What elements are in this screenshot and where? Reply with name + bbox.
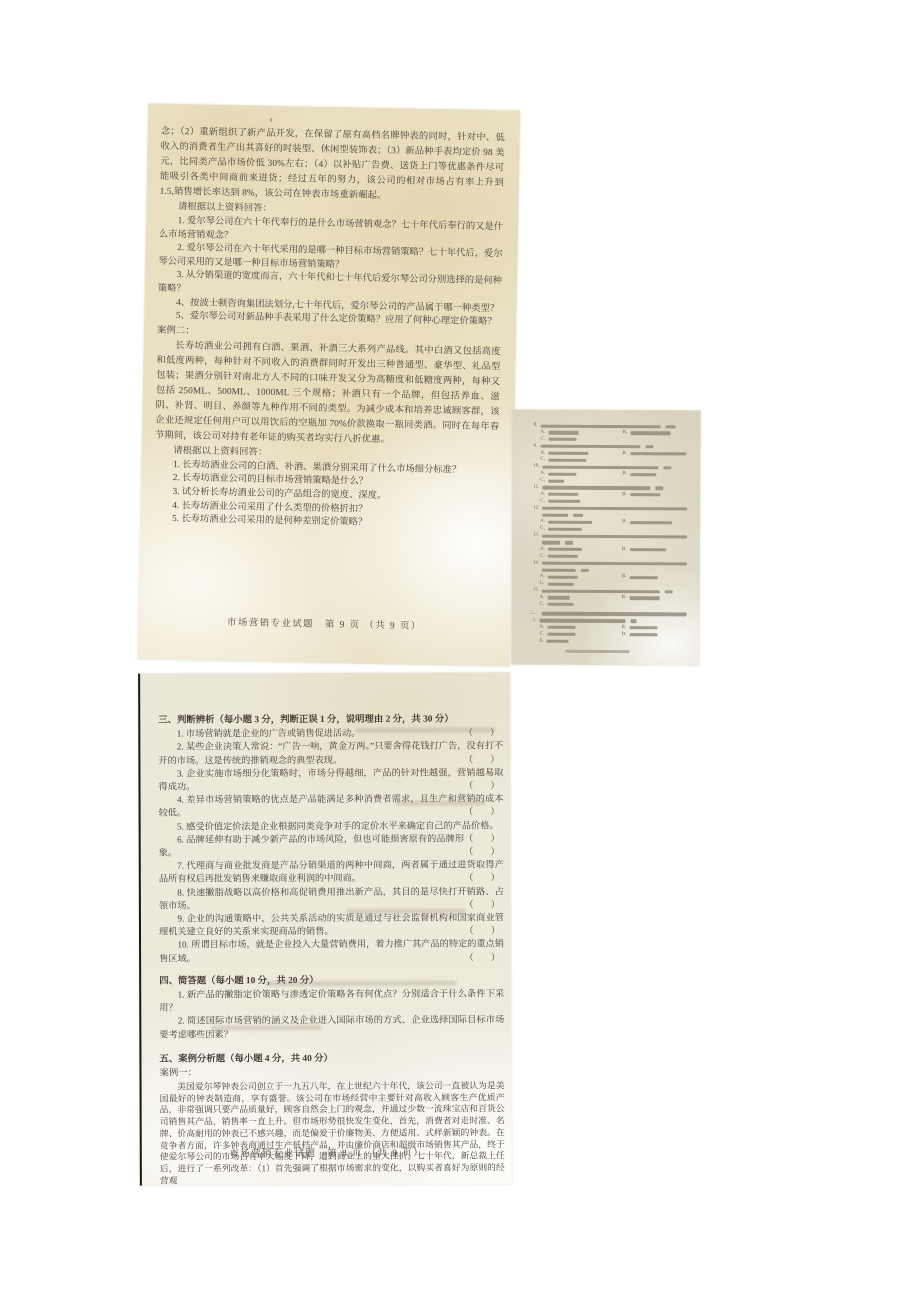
illegible-text-line: A.B. — [540, 575, 692, 580]
case1-question-list: 1. 爱尔琴公司在六十年代奉行的是什么市场营销观念？七十年代后奉行的又是什么市场… — [157, 215, 503, 330]
illegible-text-line: 15. — [533, 589, 692, 594]
bleed-through-mark — [346, 909, 466, 914]
illegible-text-line: C. — [540, 479, 692, 484]
paper-speck — [270, 118, 272, 122]
judgement-item: 9. 企业的沟通策略中，公共关系活动的实质是通过与社会监督机构和国家商业管理机关… — [159, 911, 504, 939]
answer-paren: （ ） — [464, 753, 504, 766]
illegible-text-line: C. — [540, 499, 692, 504]
judgement-item: 10. 所谓目标市场，就是企业投入大量营销费用，着力推广其产品的特定的重点销售区… — [159, 938, 504, 966]
illegible-text-line — [542, 541, 692, 546]
illegible-text-line: A.B. — [540, 451, 692, 456]
illegible-text-line: A.B. — [541, 431, 693, 436]
judgement-item: 7. 代理商与商业批发商是产品分销渠道的两种中间商，两者属于通过进货取得产品所有… — [159, 859, 504, 887]
illegible-text-line: A.B. — [540, 625, 692, 630]
case2-paragraph: 长寿坊酒业公司拥有白酒、果酒、补酒三大系列产品线。其中白酒又包括高度和低度两种，… — [155, 338, 501, 450]
answer-paren: （ ） — [464, 832, 504, 845]
judgement-item-list: 1. 市场营销就是企业的广告或销售促进活动。（ ）2. 某些企业决策人常说：“广… — [158, 727, 504, 966]
illegible-text-line: 14. — [533, 561, 692, 566]
judgement-item: 5. 感受价值定价法是企业根据同类竞争对手的定价水平来确定自己的产品价格。（ ） — [159, 819, 504, 833]
continuation-paragraph: 念；（2）重新组织了新产品开发，在保留了原有高档名牌钟表的同时，针对中、低收入的… — [160, 125, 505, 207]
illegible-text-line: 二、 — [529, 612, 692, 617]
case1-label: 案例一： — [159, 1065, 504, 1081]
illegible-text-line: C. — [540, 527, 692, 532]
answer-paren: （ ） — [465, 951, 505, 964]
judgement-item: 6. 品牌延伸有助于减少新产品的市场风险，但也可能损害原有的品牌形象。（ ） — [159, 832, 504, 860]
illegible-text-line — [521, 649, 677, 654]
bleed-through-mark — [211, 1025, 321, 1030]
page-footer: 市场营销专业试题 第 9 页 （共 9 页） — [138, 612, 510, 633]
illegible-text-line: 8. — [534, 424, 693, 429]
page-footer: 市场营销专业试题 第 8 页 （共 9 页） — [142, 1144, 512, 1159]
answer-paren: （ ） — [464, 872, 504, 885]
illegible-text-line — [542, 513, 692, 518]
illegible-text-line: 13. — [533, 534, 692, 539]
illegible-text-line: A.B. — [540, 520, 692, 525]
illegible-text-line: A.B. — [540, 492, 692, 497]
answer-paren: （ ） — [464, 925, 504, 938]
illegible-text-line: 11. — [533, 485, 692, 490]
answer-paren: （ ） — [464, 806, 504, 819]
illegible-text-line: A.B. — [540, 472, 692, 477]
illegible-text-line: E. — [539, 639, 691, 644]
illegible-text-line: C. — [540, 602, 692, 607]
bleed-through-mark — [355, 727, 495, 732]
illegible-text-line: 12. — [533, 506, 692, 511]
bleed-through-mark — [266, 981, 456, 987]
short-answer-list: 1. 新产品的撇脂定价策略与渗透定价策略各有何优点？分别适合于什么条件下采用？2… — [159, 987, 504, 1041]
illegible-text-line: C. — [540, 458, 692, 463]
scanned-page-9: 念；（2）重新组织了新产品开发，在保留了原有高档名牌钟表的同时，针对中、低收入的… — [138, 103, 521, 666]
illegible-text-line: C. — [541, 437, 693, 442]
illegible-text-line: C.D. — [539, 632, 691, 637]
blurred-choice-lines: 8.A.B.C.9.A.B.C.10.A.B.C.11.A.B.C.12.A.B… — [521, 424, 692, 655]
judgement-item: 2. 某些企业决策人常说：“广告一响，黄金万两。”只要舍得花钱打广告，没有打不开… — [158, 740, 503, 768]
illegible-text-line: 9. — [533, 444, 692, 449]
answer-paren: （ ） — [464, 845, 504, 858]
bleed-through-mark — [396, 800, 486, 805]
answer-paren: （ ） — [464, 898, 504, 911]
illegible-text-line — [542, 568, 692, 573]
judgement-item: 4. 差异市场营销策略的优点是产品能满足多种消费者需求，且生产和营销的成本较低。… — [159, 793, 504, 821]
question-item: 1. 新产品的撇脂定价策略与渗透定价策略各有何优点？分别适合于什么条件下采用？ — [159, 987, 504, 1015]
illegible-text-line: 10. — [533, 465, 692, 470]
judgement-item: 3. 企业实施市场细分化策略时，市场分得越细，产品的针对性越强，营销越易取得成功… — [158, 766, 503, 794]
illegible-text-line: C. — [540, 582, 692, 587]
illegible-text-line: A.B. — [540, 547, 692, 552]
illegible-text-line: A.B. — [540, 596, 692, 601]
scanned-page-fragment: 8.A.B.C.9.A.B.C.10.A.B.C.11.A.B.C.12.A.B… — [511, 410, 700, 666]
scanned-page-8: 三、判断辨析（每小题 3 分，判断正误 1 分，说明理由 2 分，共 30 分）… — [138, 672, 512, 1185]
case2-question-list: 1. 长寿坊酒业公司的白酒、补酒、果酒分别采用了什么市场细分标准？2. 长寿坊酒… — [153, 458, 498, 533]
answer-paren: （ ） — [464, 779, 504, 792]
scanned-exam-photo: 念；（2）重新组织了新产品开发，在保留了原有高档名牌钟表的同时，针对中、低收入的… — [0, 0, 920, 1302]
section3-heading: 三、判断辨析（每小题 3 分，判断正误 1 分，说明理由 2 分，共 30 分） — [158, 713, 503, 727]
section5-heading: 五、案例分析题（每小题 4 分，共 40 分） — [159, 1052, 504, 1066]
case1-paragraph: 美国爱尔琴钟表公司创立于一九五八年，在上世纪六十年代，该公司一直被认为是美国最好… — [160, 1080, 505, 1187]
illegible-text-line: 1. — [533, 618, 692, 623]
illegible-text-line: C. — [540, 554, 692, 559]
